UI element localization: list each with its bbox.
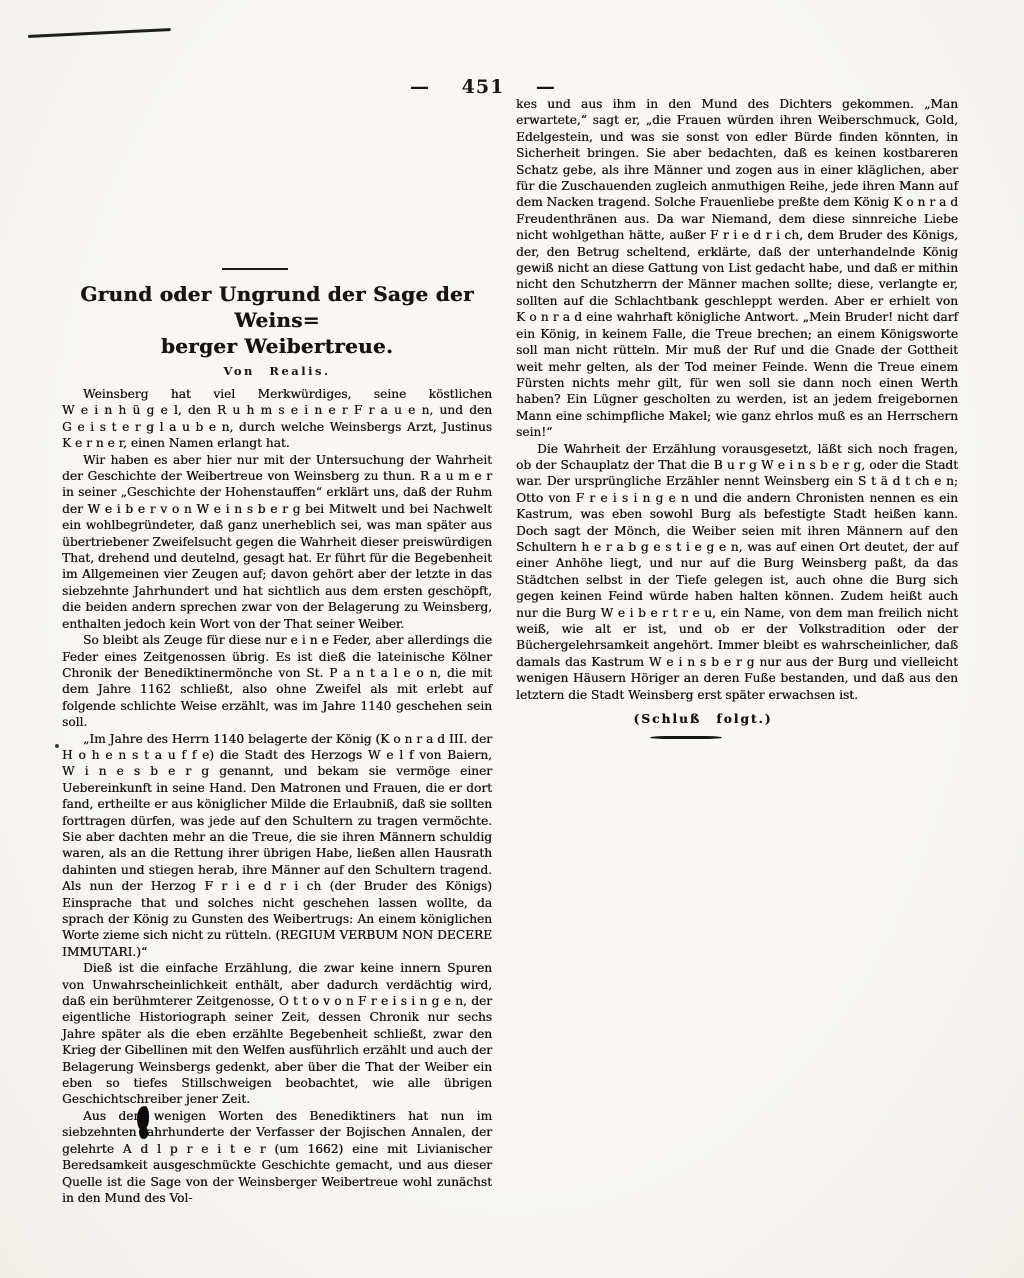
paragraph-left-3: So bleibt als Zeuge für diese nur e i n … [62,632,492,730]
ink-blot-tail [139,1126,148,1139]
article-title-line-2: berger Weibertreue. [62,333,492,359]
article-title: Grund oder Ungrund der Sage der Weins= b… [62,281,492,359]
paragraph-left-5: Dieß ist die einfache Erzählung, die zwa… [62,960,492,1108]
closing-note: (Schluß folgt.) [482,712,924,726]
right-column: kes und aus ihm in den Mund des Dichters… [516,96,958,739]
scanned-page: — 451 — Grund oder Ungrund der Sage der … [0,0,1024,1278]
article-byline: Von Realis. [62,364,492,378]
article-title-line-1: Grund oder Ungrund der Sage der Weins= [62,281,492,333]
paragraph-left-4: „Im Jahre des Herrn 1140 belagerte der K… [62,731,492,961]
paragraph-right-2: Die Wahrheit der Erzählung vorausgesetzt… [516,441,958,704]
paragraph-right-1: kes und aus ihm in den Mund des Dichters… [516,96,958,441]
end-rule [650,736,722,739]
title-separator-rule [222,268,288,270]
paragraph-left-6: Aus den wenigen Worten des Benediktiners… [62,1108,492,1206]
left-column: Grund oder Ungrund der Sage der Weins= b… [62,268,492,1206]
paragraph-left-2: Wir haben es aber hier nur mit der Unter… [62,452,492,632]
ink-speck [55,744,59,748]
paragraph-left-1: Weinsberg hat viel Merkwürdiges, seine k… [62,386,492,452]
scan-artifact-line [28,28,171,37]
page-number: — 451 — [383,76,583,98]
